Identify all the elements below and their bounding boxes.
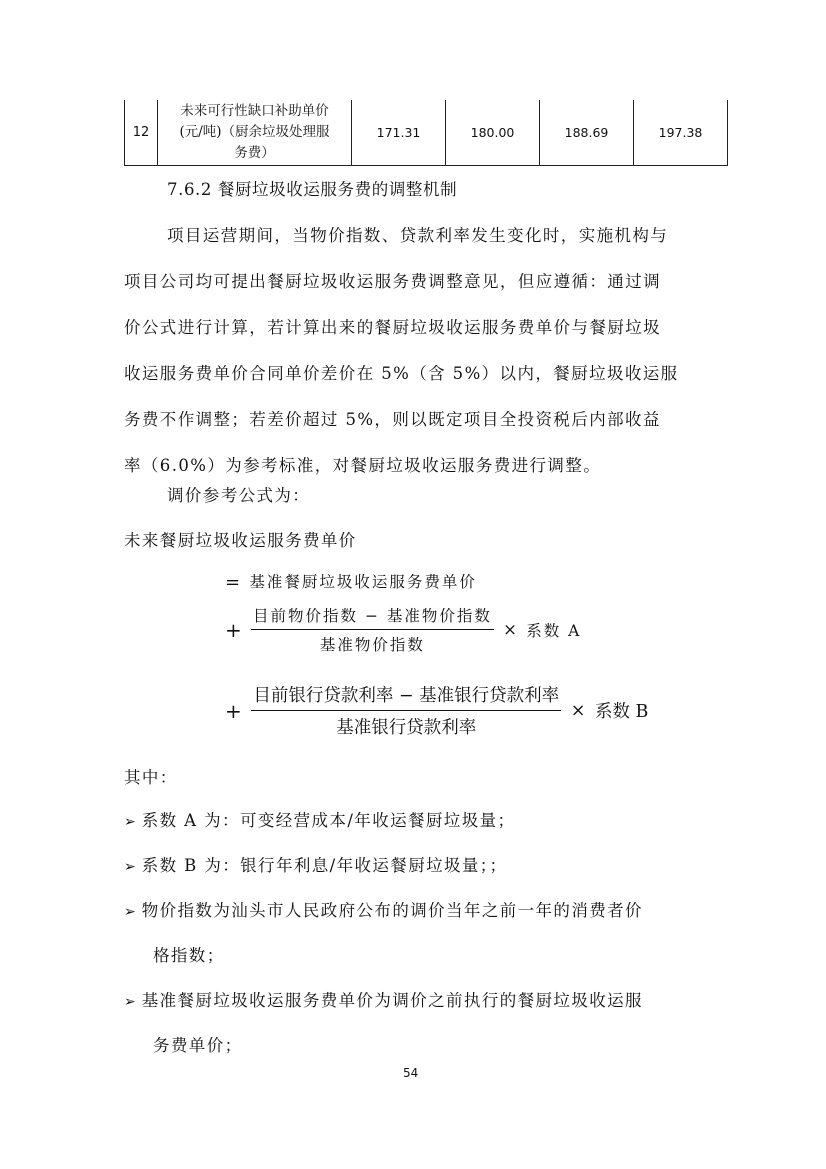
formula-base-line: = 基准餐厨垃圾收运服务费单价 xyxy=(225,570,477,593)
multiply-sign: × xyxy=(503,620,517,639)
fraction-a-denominator: 基准物价指数 xyxy=(251,630,494,655)
paragraph-line: 收运服务费单价合同单价差价在 5%（含 5%）以内，餐厨垃圾收运服 xyxy=(124,360,679,384)
plus-sign: + xyxy=(225,618,242,642)
fraction-a: 目前物价指数 − 基准物价指数 基准物价指数 xyxy=(251,604,494,655)
equals-sign: = xyxy=(225,572,240,593)
plus-sign: + xyxy=(225,699,242,723)
paragraph-line: 务费不作调整；若差价超过 5%，则以既定项目全投资税后内部收益 xyxy=(124,406,661,430)
data-table: 12 未来可行性缺口补助单价 (元/吨)（厨余垃圾处理服 务费） 171.31 … xyxy=(124,100,728,166)
table-cell-value: 197.38 xyxy=(634,100,728,166)
page-number: 54 xyxy=(403,1066,418,1080)
multiply-sign: × xyxy=(571,701,586,721)
bullet-text: 物价指数为汕头市人民政府公布的调价当年之前一年的消费者价 xyxy=(142,901,643,920)
bullet-continuation: 格指数； xyxy=(153,942,225,966)
row-description-line: 务费） xyxy=(158,143,351,164)
table-cell-value: 188.69 xyxy=(540,100,634,166)
section-heading: 7.6.2 餐厨垃圾收运服务费的调整机制 xyxy=(167,176,457,200)
bullet-item: ➢系数 B 为：银行年利息/年收运餐厨垃圾量；； xyxy=(124,852,507,876)
fraction-b-numerator: 目前银行贷款利率 − 基准银行贷款利率 xyxy=(251,682,561,711)
bullet-continuation: 务费单价； xyxy=(153,1032,243,1056)
coefficient-a: 系数 A xyxy=(526,619,581,641)
row-index: 12 xyxy=(125,100,158,166)
formula-term-a: + 目前物价指数 − 基准物价指数 基准物价指数 × 系数 A xyxy=(225,604,581,655)
coefficient-b: 系数 B xyxy=(595,698,648,723)
bullet-text: 基准餐厨垃圾收运服务费单价为调价之前执行的餐厨垃圾收运服 xyxy=(142,991,643,1010)
row-description: 未来可行性缺口补助单价 (元/吨)（厨余垃圾处理服 务费） xyxy=(158,100,352,166)
document-page: 12 未来可行性缺口补助单价 (元/吨)（厨余垃圾处理服 务费） 171.31 … xyxy=(0,0,826,1169)
arrow-bullet-icon: ➢ xyxy=(124,859,136,875)
fraction-b: 目前银行贷款利率 − 基准银行贷款利率 基准银行贷款利率 xyxy=(251,682,561,739)
paragraph-line: 价公式进行计算，若计算出来的餐厨垃圾收运服务费单价与餐厨垃圾 xyxy=(124,314,661,338)
bullet-item: ➢系数 A 为：可变经营成本/年收运餐厨垃圾量； xyxy=(124,807,515,831)
formula-intro: 调价参考公式为： xyxy=(167,482,310,506)
arrow-bullet-icon: ➢ xyxy=(124,814,136,830)
bullet-text: 系数 A 为：可变经营成本/年收运餐厨垃圾量； xyxy=(142,811,516,830)
paragraph-line: 率（6.0%）为参考标准，对餐厨垃圾收运服务费进行调整。 xyxy=(124,452,601,476)
table-cell-value: 180.00 xyxy=(446,100,540,166)
paragraph-line: 项目公司均可提出餐厨垃圾收运服务费调整意见，但应遵循：通过调 xyxy=(124,268,661,292)
arrow-bullet-icon: ➢ xyxy=(124,994,136,1010)
row-description-line: (元/吨)（厨余垃圾处理服 xyxy=(158,122,351,143)
table-row: 12 未来可行性缺口补助单价 (元/吨)（厨余垃圾处理服 务费） 171.31 … xyxy=(125,100,728,166)
formula-lhs: 未来餐厨垃圾收运服务费单价 xyxy=(124,527,357,551)
bullet-item: ➢物价指数为汕头市人民政府公布的调价当年之前一年的消费者价 xyxy=(124,897,643,921)
fraction-a-numerator: 目前物价指数 − 基准物价指数 xyxy=(251,604,494,630)
table-cell-value: 171.31 xyxy=(352,100,446,166)
row-description-line: 未来可行性缺口补助单价 xyxy=(158,101,351,122)
bullet-text: 系数 B 为：银行年利息/年收运餐厨垃圾量；； xyxy=(142,856,508,875)
formula-term-b: + 目前银行贷款利率 − 基准银行贷款利率 基准银行贷款利率 × 系数 B xyxy=(225,682,648,739)
formula-base-term: 基准餐厨垃圾收运服务费单价 xyxy=(249,573,477,591)
paragraph-line: 项目运营期间，当物价指数、贷款利率发生变化时，实施机构与 xyxy=(167,222,668,246)
fraction-b-denominator: 基准银行贷款利率 xyxy=(251,711,561,739)
arrow-bullet-icon: ➢ xyxy=(124,904,136,920)
bullet-item: ➢基准餐厨垃圾收运服务费单价为调价之前执行的餐厨垃圾收运服 xyxy=(124,987,643,1011)
where-label: 其中： xyxy=(124,764,178,788)
